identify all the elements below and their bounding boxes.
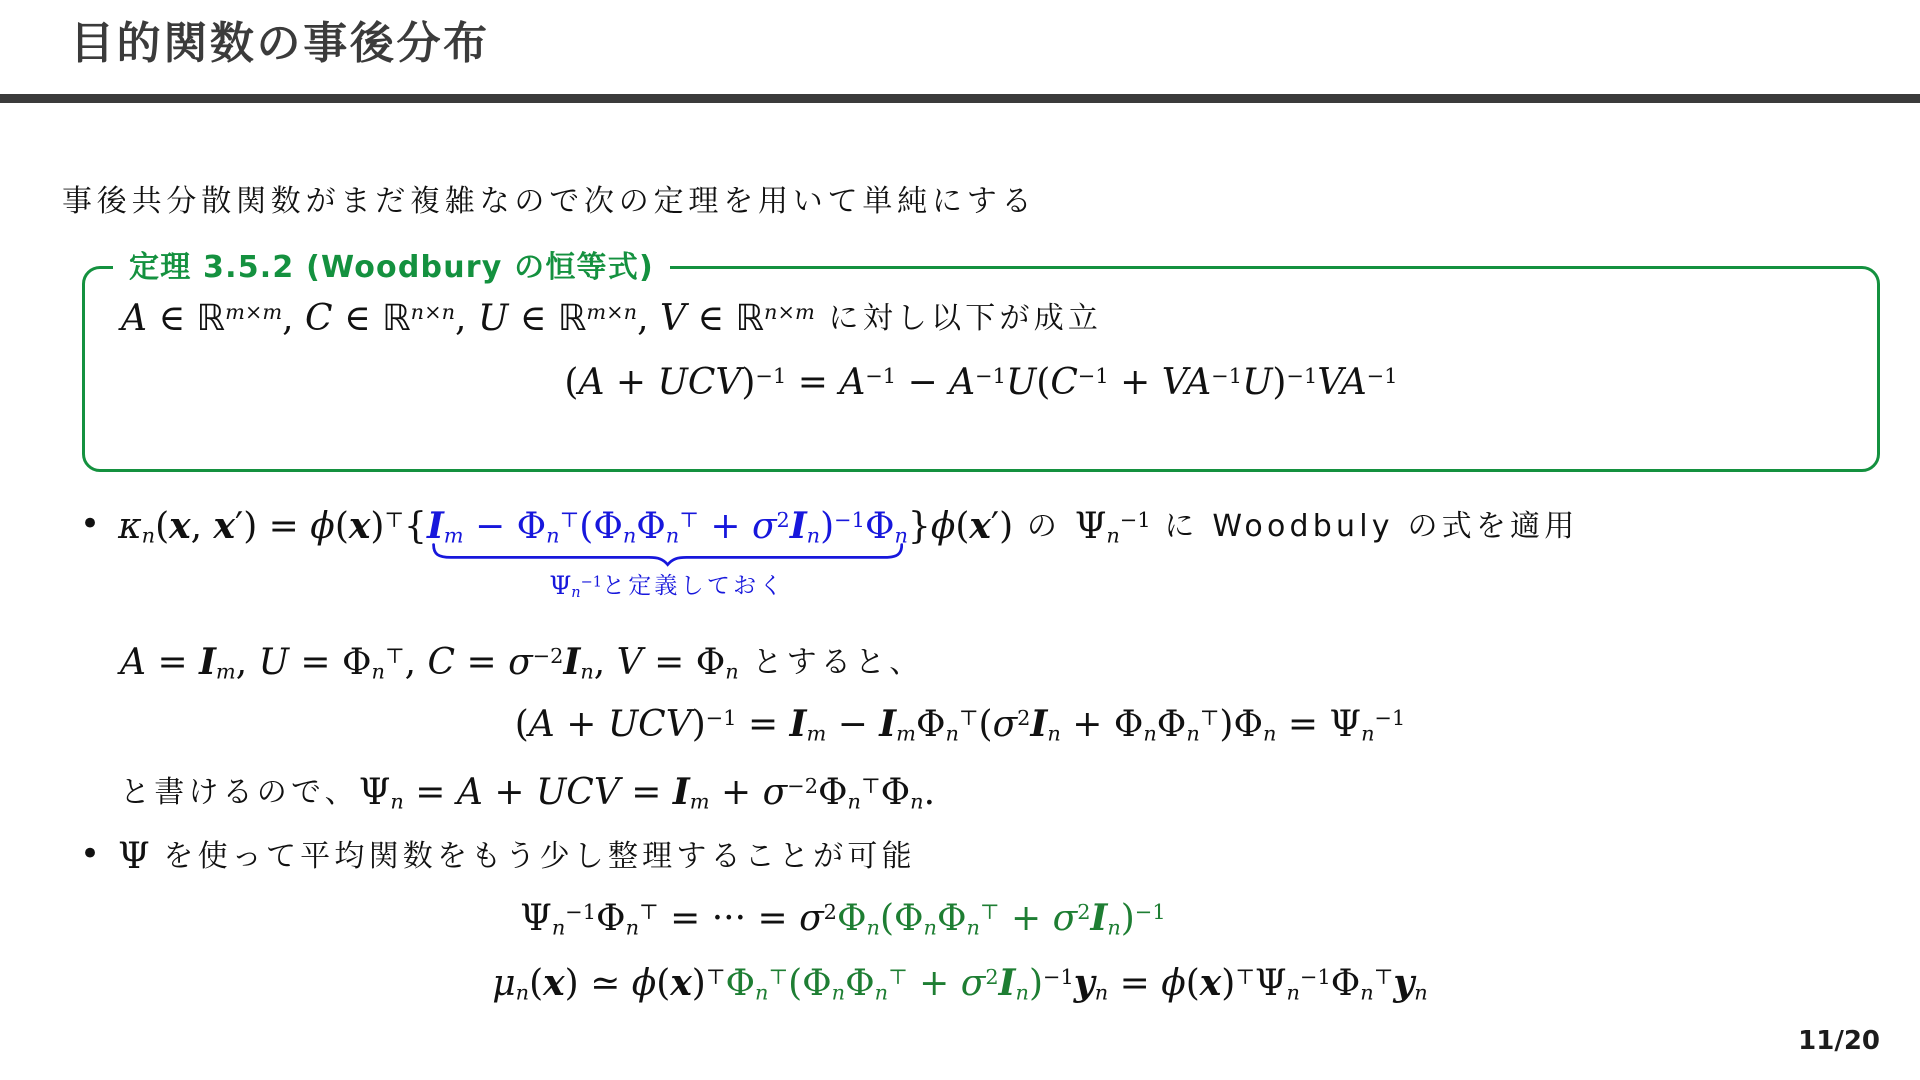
woodbury-identity-equation: (A + UCV)−1 = A−1 − A−1U(C−1 + VA−1U)−1V…	[85, 357, 1877, 409]
bullet-mean-line: •Ψ を使って平均関数をもう少し整理することが可能	[80, 830, 916, 883]
psi-definition-line: と書けるので、Ψn = A + UCV = Im + σ−2Φn⊤Φn.	[120, 766, 935, 819]
mean-eq-2: μn(x) ≃ ϕ(x)⊤Φn⊤(ΦnΦn⊤ + σ2In)−1yn = ϕ(x…	[492, 957, 1428, 1010]
bullet-icon: •	[80, 830, 100, 879]
mean-eq-1-green: Φn(ΦnΦn⊤ + σ2In)−1	[837, 898, 1166, 939]
kernel-post-math: }ϕ(x′) の Ψn−1 に Woodbuly の式を適用	[908, 506, 1579, 547]
mean-eq-1-left: Ψn−1Φn⊤ = ··· = σ2	[520, 898, 837, 939]
page-title: 目的関数の事後分布	[70, 14, 490, 73]
bullet-icon: •	[80, 500, 100, 549]
mean-equations-block: Ψn−1Φn⊤ = ··· = σ2Φn(ΦnΦn⊤ + σ2In)−1 μn(…	[0, 892, 1920, 1010]
psi-definition-label: Ψn−1と定義しておく	[549, 571, 785, 603]
woodbury-applied-equation: (A + UCV)−1 = Im − ImΦn⊤(σ2In + ΦnΦn⊤)Φn…	[0, 698, 1920, 751]
page-number: 11/20	[1798, 1026, 1880, 1056]
psi-definition-blue-math: Im − Φn⊤(ΦnΦn⊤ + σ2In)−1Φn	[427, 506, 908, 547]
kernel-pre-math: κn(x, x′) = ϕ(x)⊤{	[118, 506, 427, 547]
intro-text: 事後共分散関数がまだ複雑なので次の定理を用いて単純にする	[62, 176, 1036, 220]
theorem-condition-line: A ∈ ℝm×m, C ∈ ℝn×n, U ∈ ℝm×n, V ∈ ℝn×m に…	[121, 293, 1102, 345]
theorem-title: 定理 3.5.2 (Woodbury の恒等式)	[113, 245, 670, 290]
mean-bullet-text: Ψ を使って平均関数をもう少し整理することが可能	[118, 836, 916, 877]
mean-eq-2-right: −1yn = ϕ(x)⊤Ψn−1Φn⊤yn	[1043, 963, 1428, 1004]
substitution-line: A = Im, U = Φn⊤, C = σ−2In, V = Φn とすると、	[120, 636, 923, 689]
mean-eq-1: Ψn−1Φn⊤ = ··· = σ2Φn(ΦnΦn⊤ + σ2In)−1	[520, 892, 1428, 945]
theorem-box: 定理 3.5.2 (Woodbury の恒等式) A ∈ ℝm×m, C ∈ ℝ…	[82, 266, 1880, 472]
bullet-kernel-line: •κn(x, x′) = ϕ(x)⊤{Im − Φn⊤(ΦnΦn⊤ + σ2In…	[80, 500, 1578, 553]
title-rule	[0, 94, 1920, 103]
psi-definition-group: Im − Φn⊤(ΦnΦn⊤ + σ2In)−1ΦnΨn−1と定義しておく	[427, 500, 908, 553]
slide: 目的関数の事後分布 事後共分散関数がまだ複雑なので次の定理を用いて単純にする 定…	[0, 0, 1920, 1080]
mean-eq-2-green: Φn⊤(ΦnΦn⊤ + σ2In)	[725, 963, 1043, 1004]
mean-eq-2-left: μn(x) ≃ ϕ(x)⊤	[492, 963, 725, 1004]
underbrace-icon	[432, 543, 903, 567]
